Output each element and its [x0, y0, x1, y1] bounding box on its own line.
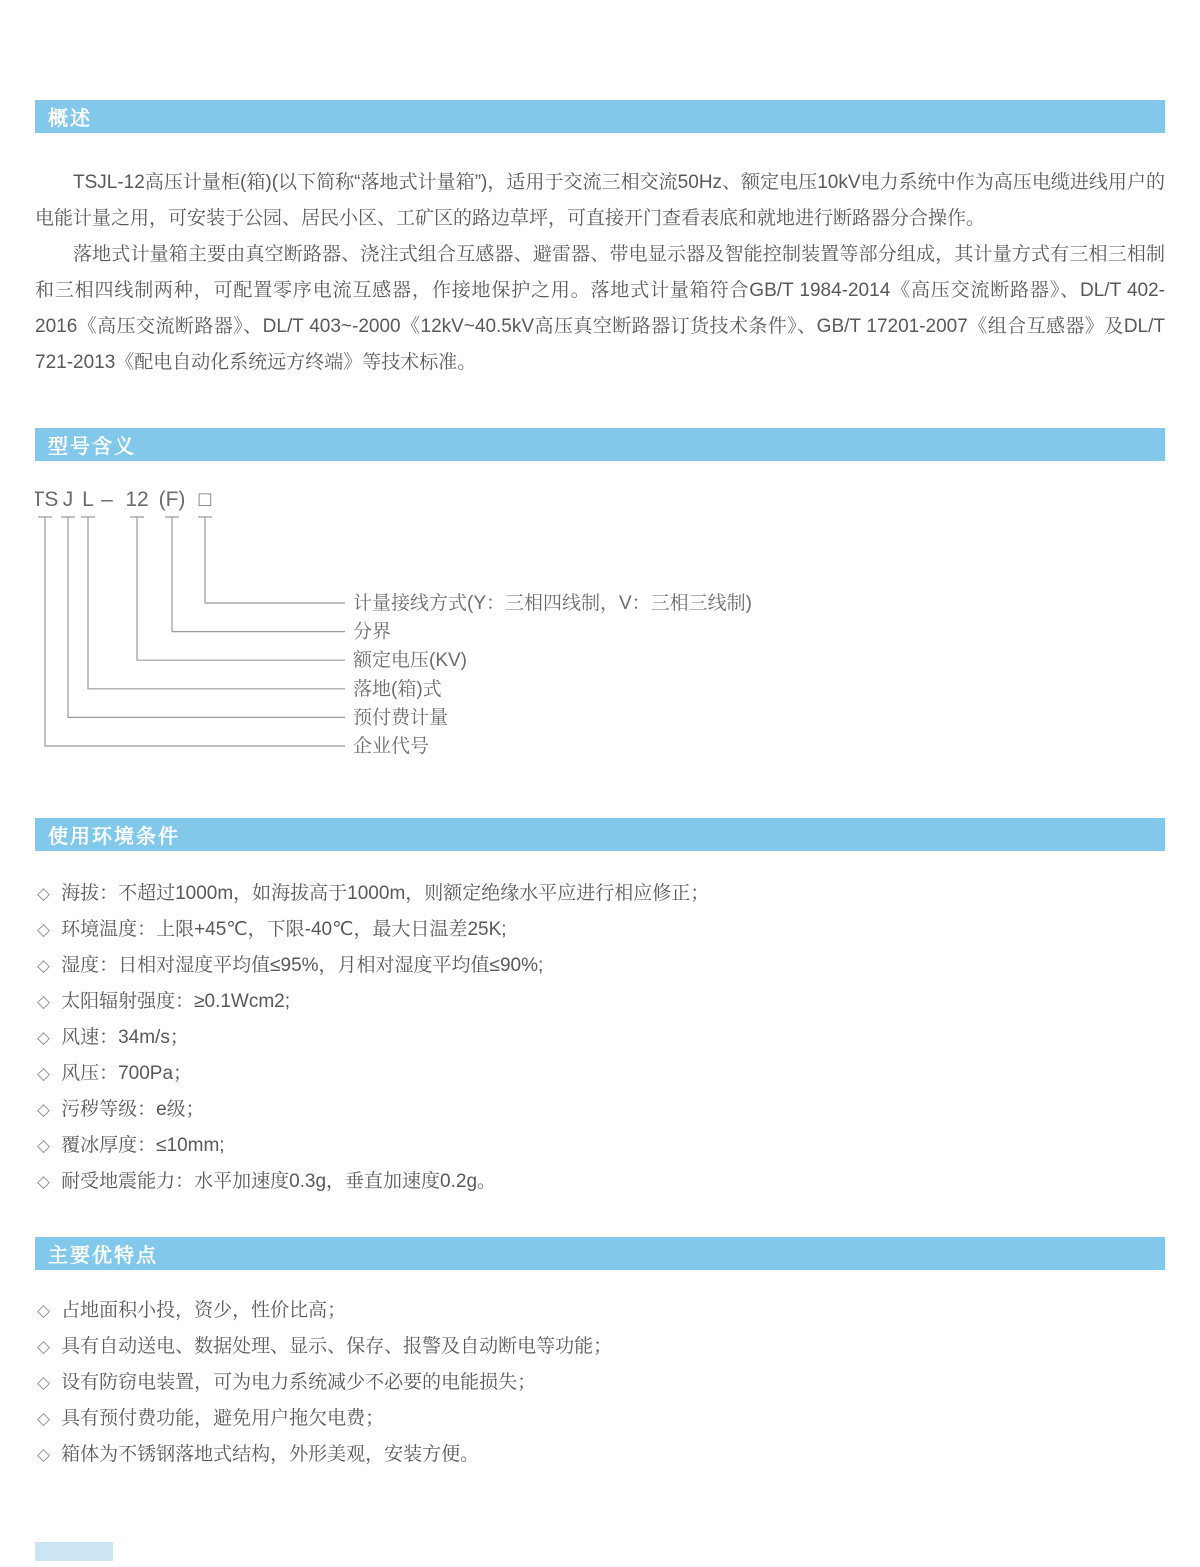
diamond-bullet-icon: ◇: [37, 1409, 50, 1429]
model-code-part-f: (F): [159, 488, 186, 511]
section-title-features: 主要优特点: [48, 1239, 158, 1268]
diamond-bullet-icon: ◇: [37, 1100, 50, 1120]
overview-paragraph-2: 落地式计量箱主要由真空断路器、浇注式组合互感器、避雷器、带电显示器及智能控制装置…: [35, 237, 1165, 381]
env-item-text: 海拔：不超过1000m，如海拔高于1000m，则额定绝缘水平应进行相应修正；: [61, 884, 709, 904]
catalog-page: 概述 TSJL-12高压计量柜(箱)(以下简称“落地式计量箱”)，适用于交流三相…: [0, 0, 1200, 1567]
model-code-part-l: L: [82, 488, 94, 511]
diamond-bullet-icon: ◇: [37, 1136, 50, 1156]
diamond-bullet-icon: ◇: [37, 1337, 50, 1357]
diamond-bullet-icon: ◇: [37, 992, 50, 1012]
section-title-overview: 概述: [48, 102, 92, 131]
section-features: 主要优特点 ◇占地面积小投，资少，性价比高； ◇具有自动送电、数据处理、显示、保…: [35, 1237, 1165, 1465]
env-item-text: 耐受地震能力：水平加速度0.3g，垂直加速度0.2g。: [61, 1172, 496, 1192]
diamond-bullet-icon: ◇: [37, 1445, 50, 1465]
connector-line-prepaid: [61, 517, 345, 717]
env-item-text: 风速：34m/s；: [61, 1028, 189, 1048]
env-item: ◇污秽等级：e级；: [37, 1100, 1165, 1120]
model-code-part-j: J: [63, 488, 74, 511]
feature-item-text: 箱体为不锈钢落地式结构，外形美观，安装方便。: [61, 1445, 479, 1465]
diamond-bullet-icon: ◇: [37, 884, 50, 904]
section-header-environment: 使用环境条件: [35, 818, 1165, 851]
section-overview: 概述 TSJL-12高压计量柜(箱)(以下简称“落地式计量箱”)，适用于交流三相…: [35, 100, 1165, 381]
connector-line-boundary: [165, 517, 345, 632]
feature-item: ◇具有自动送电、数据处理、显示、保存、报警及自动断电等功能；: [37, 1337, 1165, 1357]
diamond-bullet-icon: ◇: [37, 1373, 50, 1393]
env-item: ◇耐受地震能力：水平加速度0.3g，垂直加速度0.2g。: [37, 1172, 1165, 1192]
env-item: ◇风压：700Pa；: [37, 1064, 1165, 1084]
feature-item: ◇箱体为不锈钢落地式结构，外形美观，安装方便。: [37, 1445, 1165, 1465]
env-item: ◇环境温度：上限+45℃，下限-40℃，最大日温差25K;: [37, 920, 1165, 940]
feature-item-text: 设有防窃电装置，可为电力系统减少不必要的电能损失；: [61, 1373, 536, 1393]
model-code-diagram: TS J L – 12 (F) □ 计量接线方式(Y：三相四线制，V：三相三线制…: [35, 470, 1165, 762]
section-model-meaning: 型号含义 TS J L – 12 (F) □ 计量接线方式(Y：三相四线制，V：…: [35, 428, 1165, 762]
feature-item-text: 占地面积小投，资少，性价比高；: [61, 1301, 346, 1321]
diamond-bullet-icon: ◇: [37, 1028, 50, 1048]
footer-page-marker: [35, 1542, 113, 1561]
feature-item-text: 具有自动送电、数据处理、显示、保存、报警及自动断电等功能；: [61, 1337, 612, 1357]
feature-item: ◇具有预付费功能，避免用户拖欠电费；: [37, 1409, 1165, 1429]
feature-item-text: 具有预付费功能，避免用户拖欠电费；: [61, 1409, 384, 1429]
model-code-part-dash: –: [101, 488, 113, 511]
overview-body: TSJL-12高压计量柜(箱)(以下简称“落地式计量箱”)，适用于交流三相交流5…: [35, 165, 1165, 381]
env-item-text: 太阳辐射强度：≥0.1Wcm2;: [61, 992, 290, 1012]
env-item-text: 风压：700Pa；: [61, 1064, 192, 1084]
env-item-text: 环境温度：上限+45℃，下限-40℃，最大日温差25K;: [61, 920, 506, 940]
section-environment: 使用环境条件 ◇海拔：不超过1000m，如海拔高于1000m，则额定绝缘水平应进…: [35, 818, 1165, 1192]
section-header-model: 型号含义: [35, 428, 1165, 461]
model-label-wiring-mode: 计量接线方式(Y：三相四线制，V：三相三线制): [353, 592, 752, 614]
section-header-overview: 概述: [35, 100, 1165, 133]
connector-lines: [38, 517, 345, 746]
env-item-text: 覆冰厚度：≤10mm;: [61, 1136, 225, 1156]
section-title-model: 型号含义: [48, 430, 136, 459]
environment-list: ◇海拔：不超过1000m，如海拔高于1000m，则额定绝缘水平应进行相应修正； …: [35, 884, 1165, 1192]
connector-line-voltage: [130, 517, 345, 660]
model-code-part-box: □: [199, 488, 212, 511]
env-item: ◇风速：34m/s；: [37, 1028, 1165, 1048]
model-label-prepaid: 预付费计量: [353, 706, 448, 728]
env-item: ◇海拔：不超过1000m，如海拔高于1000m，则额定绝缘水平应进行相应修正；: [37, 884, 1165, 904]
feature-item: ◇占地面积小投，资少，性价比高；: [37, 1301, 1165, 1321]
model-label-company-code: 企业代号: [353, 735, 429, 757]
env-item: ◇覆冰厚度：≤10mm;: [37, 1136, 1165, 1156]
env-item: ◇太阳辐射强度：≥0.1Wcm2;: [37, 992, 1165, 1012]
model-label-rated-voltage: 额定电压(KV): [353, 649, 467, 671]
model-code-part-ts: TS: [35, 488, 58, 511]
section-title-environment: 使用环境条件: [48, 820, 180, 849]
env-item-text: 湿度：日相对湿度平均值≤95%，月相对湿度平均值≤90%;: [61, 956, 543, 976]
feature-item: ◇设有防窃电装置，可为电力系统减少不必要的电能损失；: [37, 1373, 1165, 1393]
diamond-bullet-icon: ◇: [37, 1172, 50, 1192]
model-code-part-12: 12: [125, 488, 148, 511]
diamond-bullet-icon: ◇: [37, 956, 50, 976]
diamond-bullet-icon: ◇: [37, 1064, 50, 1084]
connector-line-wiring: [198, 517, 345, 603]
env-item-text: 污秽等级：e级；: [61, 1100, 205, 1120]
model-label-floor-type: 落地(箱)式: [353, 678, 442, 700]
section-header-features: 主要优特点: [35, 1237, 1165, 1270]
features-list: ◇占地面积小投，资少，性价比高； ◇具有自动送电、数据处理、显示、保存、报警及自…: [35, 1301, 1165, 1465]
model-label-boundary: 分界: [353, 621, 391, 643]
overview-paragraph-1: TSJL-12高压计量柜(箱)(以下简称“落地式计量箱”)，适用于交流三相交流5…: [35, 165, 1165, 237]
diamond-bullet-icon: ◇: [37, 920, 50, 940]
env-item: ◇湿度：日相对湿度平均值≤95%，月相对湿度平均值≤90%;: [37, 956, 1165, 976]
diamond-bullet-icon: ◇: [37, 1301, 50, 1321]
